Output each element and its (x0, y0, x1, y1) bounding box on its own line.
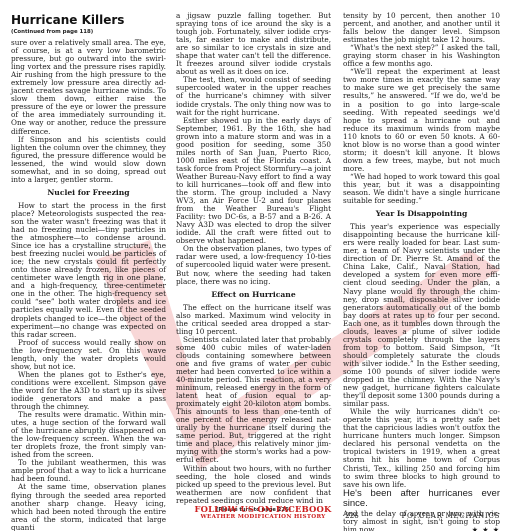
paragraph: Proof of success would really show on th… (11, 339, 166, 371)
article-title: Hurricane Killers (11, 13, 166, 27)
paragraph: Within about two hours, with no fur­ther… (176, 465, 331, 505)
paragraph: To the jubilant weathermen, this was amp… (11, 459, 166, 483)
page-footer: 226 POPULAR MECHANICS (345, 511, 500, 520)
paragraph: While the wily hurricanes didn't co­oper… (343, 408, 500, 488)
paragraph: The results were dramatic. Within min­ut… (11, 411, 166, 459)
banner-line-2[interactable]: WEATHER MODIFICATION HISTORY (188, 514, 338, 521)
subheading-effect: Effect on Hurricane (176, 290, 331, 300)
paragraph: When the planes got to Esther's eye, con… (11, 371, 166, 411)
magazine-name: POPULAR MECHANICS (402, 511, 500, 520)
paragraph: “We'll repeat the experiment at least tw… (343, 68, 500, 173)
facebook-banner[interactable]: FOLLOW US ON FACEBOOK WEATHER MODIFICATI… (188, 505, 338, 521)
paragraph: The test, then, would consist of seed­in… (176, 76, 331, 116)
paragraph: At the same time, observation planes fly… (11, 483, 166, 531)
banner-line-1[interactable]: FOLLOW US ON FACEBOOK (188, 505, 338, 514)
column-2: a jigsaw puzzle falling together. But sp… (176, 12, 331, 514)
paragraph: “What's the next step?” I asked the tall… (343, 44, 500, 68)
paragraph: Scientists calculated later that prob­ab… (176, 336, 331, 465)
paragraph: a jigsaw puzzle falling together. But sp… (176, 12, 331, 76)
paragraph: sure over a relatively small area. The e… (11, 39, 166, 136)
paragraph: How to start the process in the first pl… (11, 202, 166, 339)
paragraph: On the observation planes, two types of … (176, 245, 331, 285)
paragraph: tensity by 10 percent, then another 10 p… (343, 12, 500, 44)
end-stars-icon: ★ ★ ★ (472, 526, 500, 531)
column-1: Hurricane Killers (Continued from page 1… (11, 13, 166, 531)
page-number: 226 (345, 511, 359, 520)
paragraph: If Simpson and his scientists could ligh… (11, 136, 166, 184)
highlighted-sentence: He's been after hurricanes ever since. (343, 489, 500, 510)
subheading-nuclei: Nuclei for Freezing (11, 188, 166, 198)
column-3: tensity by 10 percent, then another 10 p… (343, 12, 500, 531)
continued-note: (Continued from page 118) (11, 28, 166, 36)
paragraph: The effect on the hurricane itself was a… (176, 304, 331, 336)
paragraph: Esther showed up in the early days of Se… (176, 117, 331, 246)
magazine-page: Hurricane Killers (Continued from page 1… (0, 0, 512, 531)
paragraph: This year's experience was especially di… (343, 223, 500, 408)
subheading-year: Year Is Disappointing (343, 209, 500, 219)
paragraph-continuation: centimeter wave length rig in one plane,… (11, 273, 166, 338)
paragraph: “We had hoped to work toward this goal t… (343, 173, 500, 205)
